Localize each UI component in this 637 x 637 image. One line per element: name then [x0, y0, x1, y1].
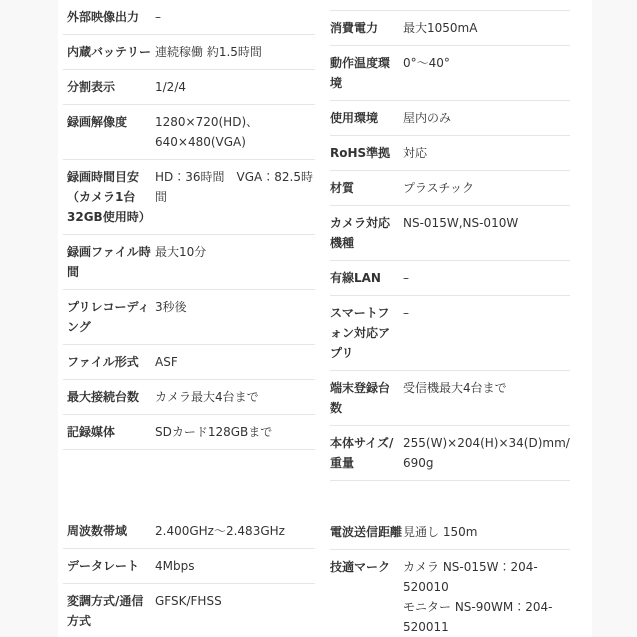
spec-row-label: 技適マーク	[330, 557, 403, 577]
spec-row-value: カメラ NS-015W：204-520010 モニター NS-90WM：204-…	[403, 557, 570, 637]
spec-row: 外部映像出力–	[63, 0, 315, 35]
spec-row: 消費電力最大1050mA	[330, 11, 570, 46]
spec-row: 録画ファイル時 間最大10分	[63, 235, 315, 290]
spec-row-label: 本体サイズ/ 重量	[330, 433, 403, 473]
spec-row: プリレコーディ ング3秒後	[63, 290, 315, 345]
spec-row-label: 消費電力	[330, 18, 403, 38]
spec-row-label: 端末登録台 数	[330, 378, 403, 418]
spec-row-value: 受信機最大4台まで	[403, 378, 570, 398]
spec-row: 録画解像度1280×720(HD)、 640×480(VGA)	[63, 105, 315, 160]
spec-row-value: 見通し 150m	[403, 522, 570, 542]
spec-row-value: 3秒後	[155, 297, 315, 317]
spec-row-value: GFSK/FHSS	[155, 591, 315, 611]
spec-row-label: 録画ファイル時 間	[63, 242, 155, 282]
spec-row-value: 対応	[403, 143, 570, 163]
spec-row: カメラ対応 機種NS-015W,NS-010W	[330, 206, 570, 261]
spec-row-value: –	[403, 268, 570, 288]
spec-row: 使用環境屋内のみ	[330, 101, 570, 136]
spec-row: ファイル形式ASF	[63, 345, 315, 380]
spec-row-value: 最大10分	[155, 242, 315, 262]
spec-row-label: 最大接続台数	[63, 387, 155, 407]
spec-row-value: カメラ最大4台まで	[155, 387, 315, 407]
left-page-margin	[0, 0, 58, 637]
spec-row-value: プラスチック	[403, 178, 570, 198]
spec-row-value: 2.400GHz～2.483GHz	[155, 521, 315, 541]
spec-row-label: RoHS準拠	[330, 143, 403, 163]
spec-row: 材質プラスチック	[330, 171, 570, 206]
spec-row-value: 1/2/4	[155, 77, 315, 97]
spec-row-label: 内蔵バッテリー	[63, 42, 155, 62]
spec-row-label: 電波送信距離	[330, 522, 403, 542]
spec-row: スマートフ ォン対応ア プリ–	[330, 296, 570, 371]
spec-row-value: 屋内のみ	[403, 108, 570, 128]
spec-row-label: 動作温度環 境	[330, 53, 403, 93]
spec-row: 分割表示1/2/4	[63, 70, 315, 105]
spec-row-value: NS-015W,NS-010W	[403, 213, 570, 233]
spec-row: 最大接続台数カメラ最大4台まで	[63, 380, 315, 415]
spec-row-label: 使用環境	[330, 108, 403, 128]
spec-section: 消費電力最大1050mA動作温度環 境0°～40°使用環境屋内のみRoHS準拠対…	[330, 10, 570, 481]
spec-row-label: カメラ対応 機種	[330, 213, 403, 253]
spec-row: 端末登録台 数受信機最大4台まで	[330, 371, 570, 426]
spec-row-label: スマートフ ォン対応ア プリ	[330, 303, 403, 363]
spec-row-label: 外部映像出力	[63, 7, 155, 27]
spec-row-label: 有線LAN	[330, 268, 403, 288]
spec-column-right: 消費電力最大1050mA動作温度環 境0°～40°使用環境屋内のみRoHS準拠対…	[330, 0, 570, 637]
spec-row-value: SDカード128GBまで	[155, 422, 315, 442]
spec-row-label: 材質	[330, 178, 403, 198]
spec-row-value: –	[155, 7, 315, 27]
spec-sheet-page: 外部映像出力–内蔵バッテリー連続稼働 約1.5時間分割表示1/2/4録画解像度1…	[0, 0, 637, 637]
spec-row-label: 分割表示	[63, 77, 155, 97]
spec-row-value: 連続稼働 約1.5時間	[155, 42, 315, 62]
spec-column-left: 外部映像出力–内蔵バッテリー連続稼働 約1.5時間分割表示1/2/4録画解像度1…	[63, 0, 315, 637]
spec-row-label: 録画解像度	[63, 112, 155, 132]
spec-row-value: 1280×720(HD)、 640×480(VGA)	[155, 112, 315, 152]
spec-row: RoHS準拠対応	[330, 136, 570, 171]
spec-row-value: HD：36時間 VGA：82.5時間	[155, 167, 315, 207]
spec-row: 記録媒体SDカード128GBまで	[63, 415, 315, 450]
spec-section: 電波送信距離見通し 150m技適マークカメラ NS-015W：204-52001…	[330, 515, 570, 637]
spec-row: データレート4Mbps	[63, 549, 315, 584]
spec-row-value: –	[403, 303, 570, 323]
spec-row-label: データレート	[63, 556, 155, 576]
right-page-margin	[592, 0, 637, 637]
spec-row-label: 変調方式/通信 方式	[63, 591, 155, 631]
spec-row-value: 4Mbps	[155, 556, 315, 576]
spec-row-label: 周波数帯域	[63, 521, 155, 541]
spec-row-label: ファイル形式	[63, 352, 155, 372]
spec-row: 技適マークカメラ NS-015W：204-520010 モニター NS-90WM…	[330, 550, 570, 637]
spec-row: 有線LAN–	[330, 261, 570, 296]
spec-row: 電波送信距離見通し 150m	[330, 515, 570, 550]
spec-row-label: 記録媒体	[63, 422, 155, 442]
spec-row-label: 録画時間目安 （カメラ1台 32GB使用時）	[63, 167, 155, 227]
spec-row: 周波数帯域2.400GHz～2.483GHz	[63, 514, 315, 549]
spec-row: 録画時間目安 （カメラ1台 32GB使用時）HD：36時間 VGA：82.5時間	[63, 160, 315, 235]
spec-row: 動作温度環 境0°～40°	[330, 46, 570, 101]
spec-row: 変調方式/通信 方式GFSK/FHSS	[63, 584, 315, 637]
spec-row-label: プリレコーディ ング	[63, 297, 155, 337]
spec-row: 内蔵バッテリー連続稼働 約1.5時間	[63, 35, 315, 70]
spec-row: 本体サイズ/ 重量255(W)×204(H)×34(D)mm/690g	[330, 426, 570, 481]
spec-section: 外部映像出力–内蔵バッテリー連続稼働 約1.5時間分割表示1/2/4録画解像度1…	[63, 0, 315, 450]
spec-row-value: 0°～40°	[403, 53, 570, 73]
spec-section: 周波数帯域2.400GHz～2.483GHzデータレート4Mbps変調方式/通信…	[63, 514, 315, 637]
spec-row-value: 最大1050mA	[403, 18, 570, 38]
spec-row-value: ASF	[155, 352, 315, 372]
spec-row-value: 255(W)×204(H)×34(D)mm/690g	[403, 433, 570, 473]
